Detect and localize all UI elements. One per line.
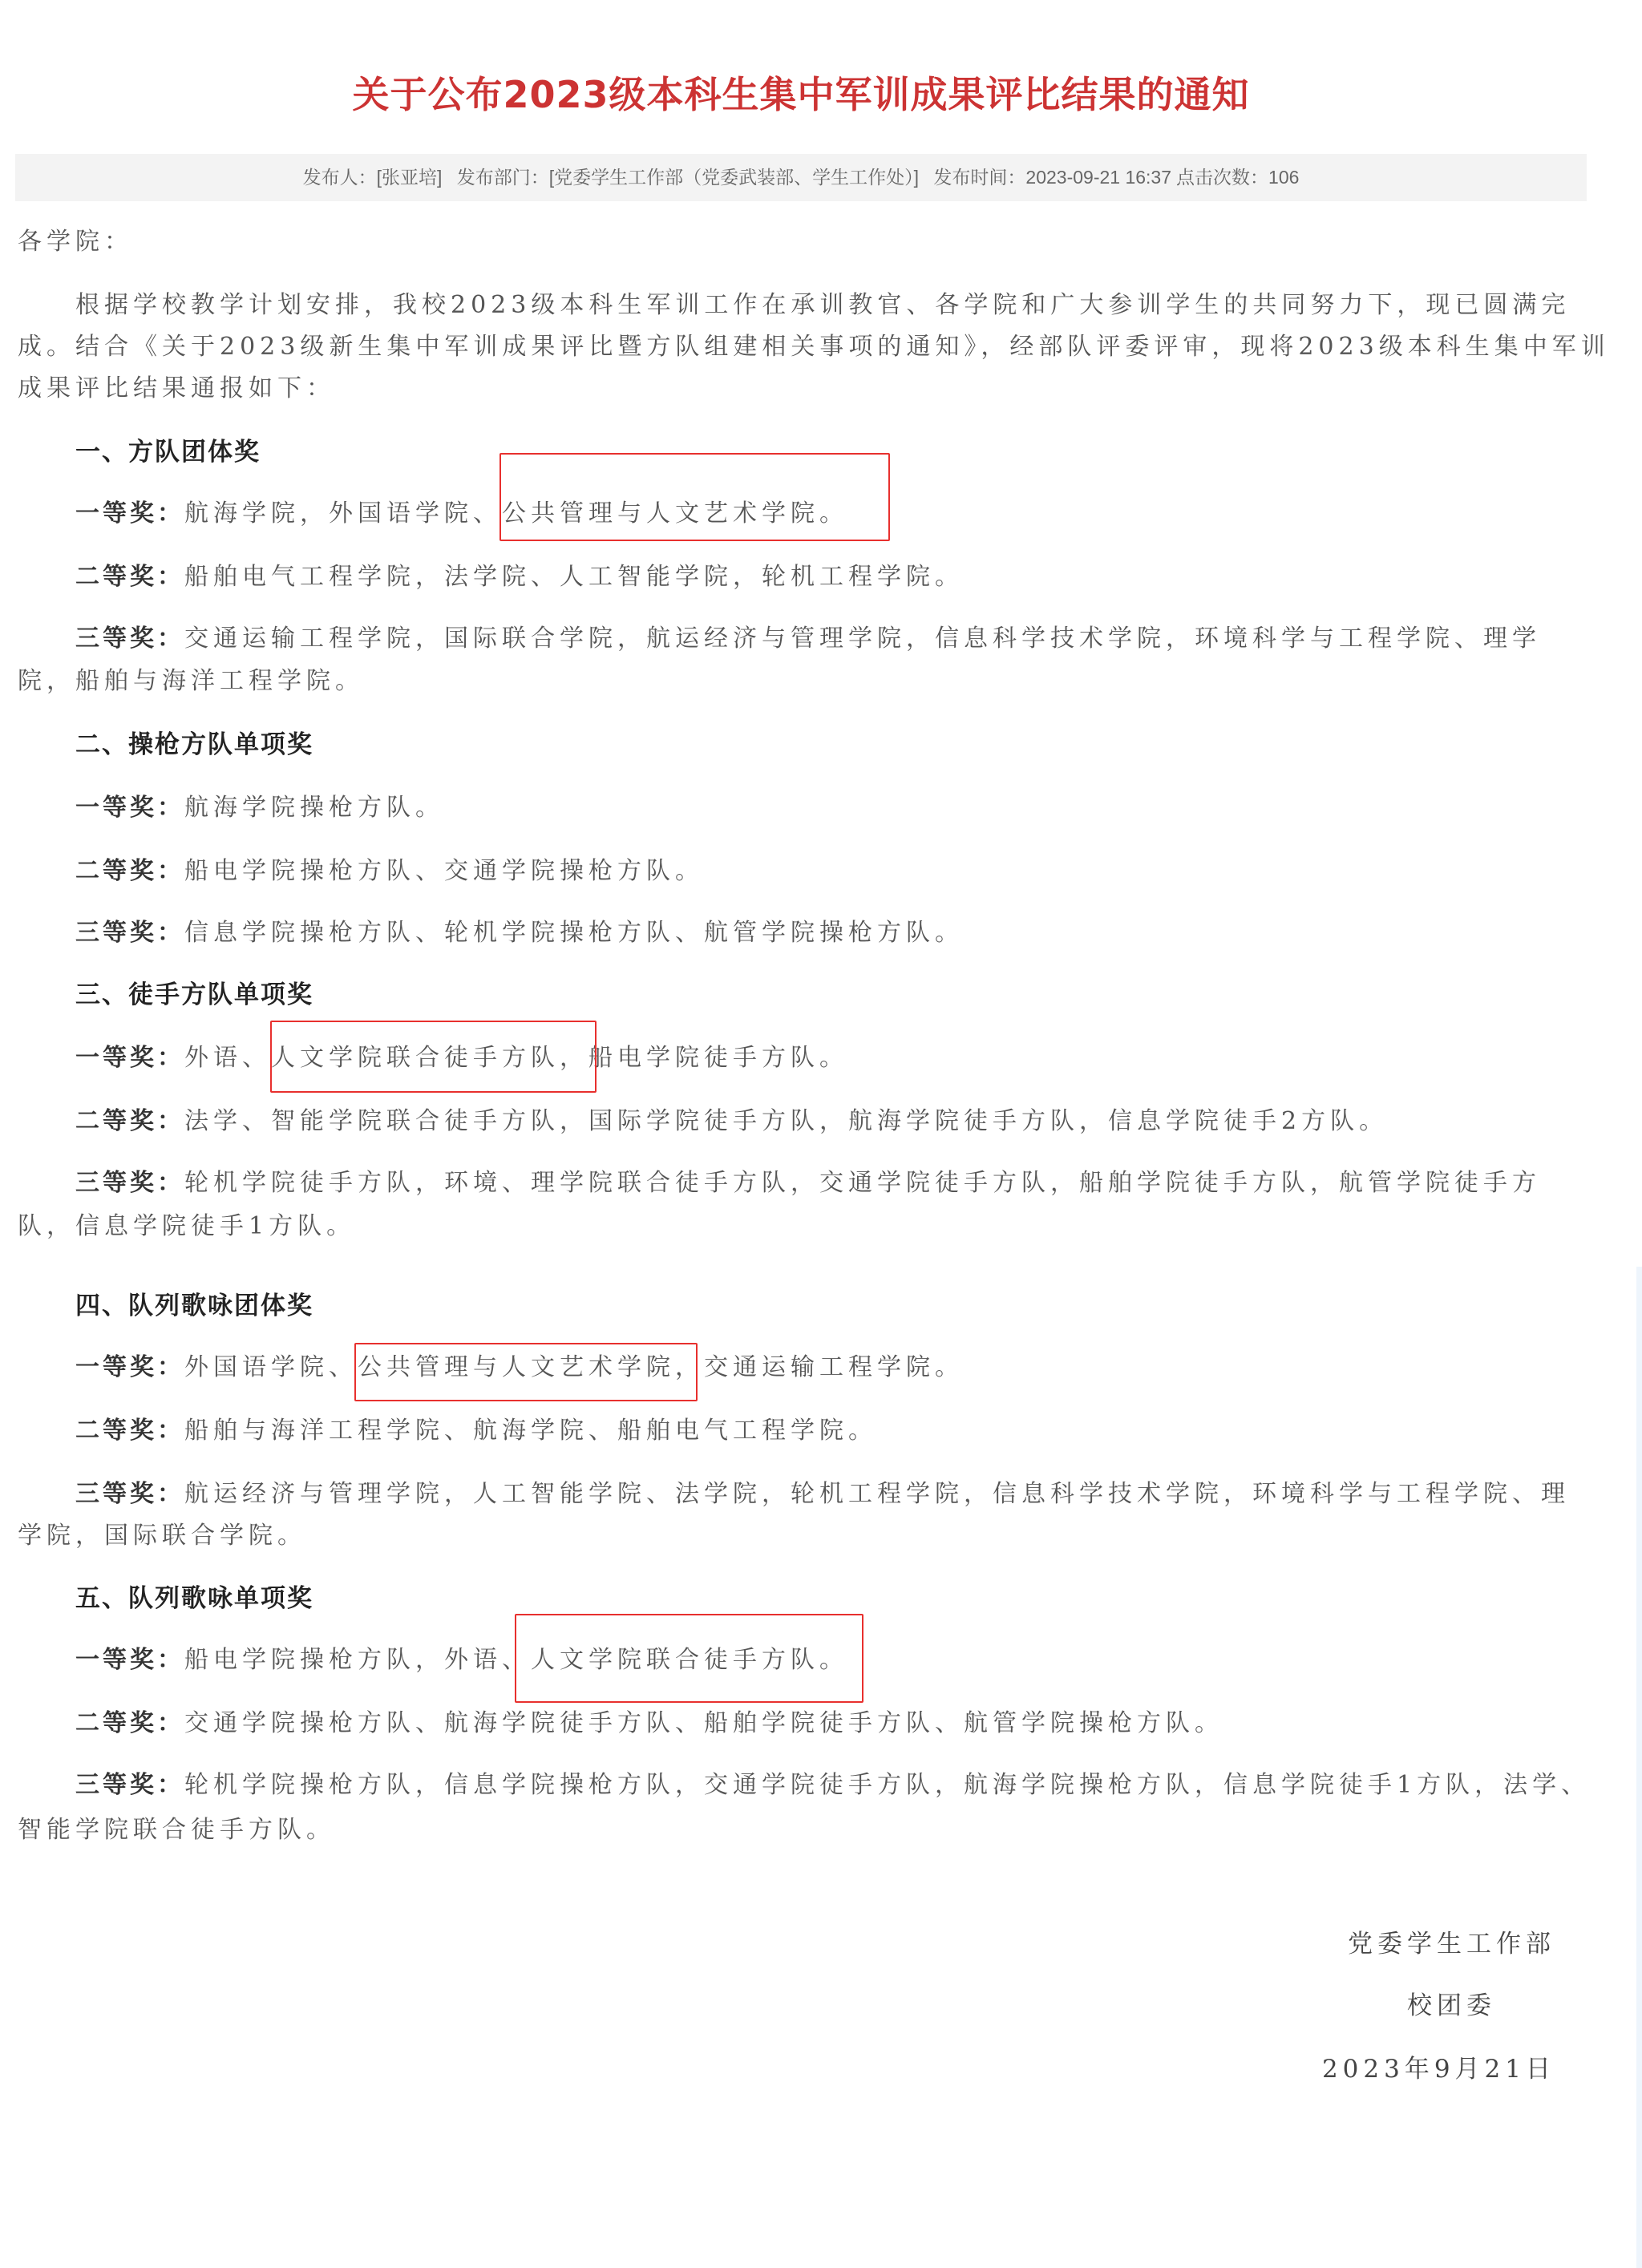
award-line: 二等奖：交通学院操枪方队、航海学院徒手方队、船舶学院徒手方队、航管学院操枪方队。: [75, 1708, 1223, 1740]
signature-date: 2023年9月21日: [1322, 2053, 1555, 2085]
scrollbar-edge: [1636, 1267, 1642, 2268]
award-text: 船舶电气工程学院，法学院、人工智能学院，轮机工程学院。: [184, 563, 964, 591]
award-line: 一等奖：外语、人文学院联合徒手方队，船电学院徒手方队。: [75, 1042, 848, 1074]
award-continuation: 院，船舶与海洋工程学院。: [18, 665, 364, 697]
award-continuation: 智能学院联合徒手方队。: [18, 1814, 335, 1846]
meta-bar: 发布人：[张亚培] 发布部门：[党委学生工作部（党委武装部、学生工作处）] 发布…: [15, 154, 1587, 201]
award-text: 轮机学院徒手方队，环境、理学院联合徒手方队，交通学院徒手方队，船舶学院徒手方队，…: [184, 1169, 1541, 1197]
page-title: 关于公布2023级本科生集中军训成果评比结果的通知: [0, 71, 1602, 119]
award-line: 三等奖：航运经济与管理学院，人工智能学院、法学院，轮机工程学院，信息科学技术学院…: [75, 1478, 1570, 1510]
award-label: 一等奖：: [75, 794, 184, 822]
award-text: 轮机学院操枪方队，信息学院操枪方队，交通学院徒手方队，航海学院操枪方队，信息学院…: [184, 1771, 1590, 1799]
award-line: 三等奖：交通运输工程学院，国际联合学院，航运经济与管理学院，信息科学技术学院，环…: [75, 623, 1541, 655]
award-continuation: 队，信息学院徒手1方队。: [18, 1211, 355, 1243]
publisher: 发布人：[张亚培]: [303, 167, 443, 188]
award-label: 一等奖：: [75, 1044, 184, 1072]
award-line: 二等奖：法学、智能学院联合徒手方队，国际学院徒手方队，航海学院徒手方队，信息学院…: [75, 1106, 1388, 1138]
section-heading: 一、方队团体奖: [75, 436, 261, 468]
publish-department: 发布部门：[党委学生工作部（党委武装部、学生工作处）]: [457, 167, 919, 188]
publish-time: 发布时间：2023-09-21 16:37: [933, 167, 1171, 188]
award-text: 航运经济与管理学院，人工智能学院、法学院，轮机工程学院，信息科学技术学院，环境科…: [184, 1480, 1570, 1508]
award-line: 一等奖：外国语学院、公共管理与人文艺术学院，交通运输工程学院。: [75, 1352, 964, 1384]
award-label: 一等奖：: [75, 1353, 184, 1381]
intro-line: 根据学校教学计划安排，我校2023级本科生军训工作在承训教官、各学院和广大参训学…: [75, 289, 1570, 321]
award-text: 航海学院，外国语学院、公共管理与人文艺术学院。: [184, 499, 848, 528]
award-text: 航海学院操枪方队。: [184, 794, 444, 822]
award-label: 二等奖：: [75, 1107, 184, 1135]
award-line: 二等奖：船电学院操枪方队、交通学院操枪方队。: [75, 855, 704, 887]
award-text: 外语、人文学院联合徒手方队，船电学院徒手方队。: [184, 1044, 848, 1072]
intro-line: 成果评比结果通报如下：: [18, 373, 335, 405]
award-label: 二等奖：: [75, 563, 184, 591]
section-heading: 二、操枪方队单项奖: [75, 729, 313, 761]
award-text: 交通学院操枪方队、航海学院徒手方队、船舶学院徒手方队、航管学院操枪方队。: [184, 1709, 1223, 1737]
salutation: 各学院：: [18, 226, 133, 258]
award-label: 一等奖：: [75, 1646, 184, 1674]
award-line: 一等奖：船电学院操枪方队，外语、人文学院联合徒手方队。: [75, 1644, 848, 1676]
award-text: 交通运输工程学院，国际联合学院，航运经济与管理学院，信息科学技术学院，环境科学与…: [184, 625, 1541, 653]
award-label: 一等奖：: [75, 499, 184, 528]
award-text: 船电学院操枪方队，外语、人文学院联合徒手方队。: [184, 1646, 848, 1674]
award-label: 三等奖：: [75, 1169, 184, 1197]
signature-department: 党委学生工作部: [1348, 1928, 1555, 1960]
award-text: 船舶与海洋工程学院、航海学院、船舶电气工程学院。: [184, 1417, 877, 1445]
intro-line: 成。结合《关于2023级新生集中军训成果评比暨方队组建相关事项的通知》，经部队评…: [18, 331, 1610, 363]
award-text: 信息学院操枪方队、轮机学院操枪方队、航管学院操枪方队。: [184, 919, 964, 947]
award-label: 三等奖：: [75, 1771, 184, 1799]
award-label: 二等奖：: [75, 857, 184, 885]
award-label: 三等奖：: [75, 1480, 184, 1508]
award-line: 二等奖：船舶电气工程学院，法学院、人工智能学院，轮机工程学院。: [75, 561, 964, 593]
award-line: 一等奖：航海学院，外国语学院、公共管理与人文艺术学院。: [75, 498, 848, 530]
section-heading: 四、队列歌咏团体奖: [75, 1290, 313, 1322]
award-text: 法学、智能学院联合徒手方队，国际学院徒手方队，航海学院徒手方队，信息学院徒手2方…: [184, 1107, 1388, 1135]
award-text: 船电学院操枪方队、交通学院操枪方队。: [184, 857, 704, 885]
award-label: 三等奖：: [75, 919, 184, 947]
award-label: 二等奖：: [75, 1709, 184, 1737]
award-continuation: 学院，国际联合学院。: [18, 1520, 306, 1552]
award-line: 三等奖：轮机学院徒手方队，环境、理学院联合徒手方队，交通学院徒手方队，船舶学院徒…: [75, 1167, 1541, 1199]
award-line: 二等奖：船舶与海洋工程学院、航海学院、船舶电气工程学院。: [75, 1415, 877, 1447]
award-line: 一等奖：航海学院操枪方队。: [75, 792, 444, 824]
section-heading: 五、队列歌咏单项奖: [75, 1583, 313, 1615]
view-count: 点击次数：106: [1176, 167, 1299, 188]
award-label: 二等奖：: [75, 1417, 184, 1445]
award-line: 三等奖：轮机学院操枪方队，信息学院操枪方队，交通学院徒手方队，航海学院操枪方队，…: [75, 1769, 1590, 1801]
award-text: 外国语学院、公共管理与人文艺术学院，交通运输工程学院。: [184, 1353, 964, 1381]
section-heading: 三、徒手方队单项奖: [75, 979, 313, 1011]
award-line: 三等奖：信息学院操枪方队、轮机学院操枪方队、航管学院操枪方队。: [75, 917, 964, 949]
signature-league: 校团委: [1407, 1990, 1496, 2022]
award-label: 三等奖：: [75, 625, 184, 653]
